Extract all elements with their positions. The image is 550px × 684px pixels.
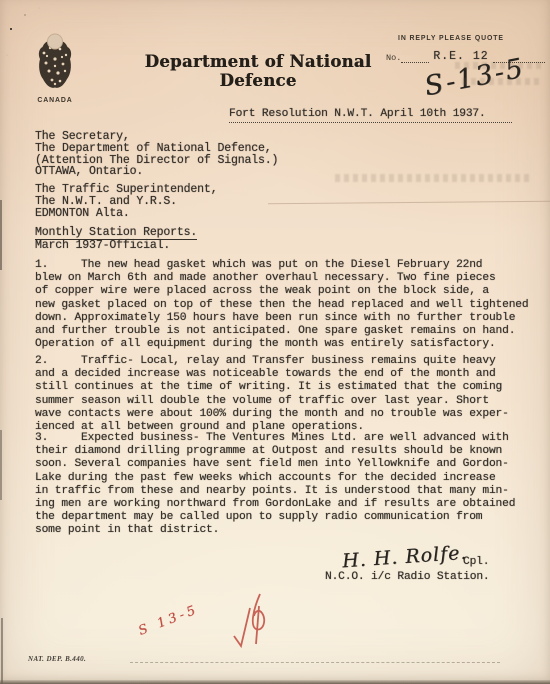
paragraph-2: 2. Traffic- Local, relay and Transfer bu… <box>35 355 509 434</box>
signature-title: N.C.O. i/c Radio Station. <box>325 571 489 584</box>
signature-rank: Cpl. <box>463 556 489 569</box>
hole-punch <box>48 34 63 49</box>
dateline: Fort Resolution N.W.T. April 10th 1937. <box>229 108 512 123</box>
paper-specks <box>10 28 12 30</box>
red-handwritten-note: S 13-5 <box>136 602 200 639</box>
bleed-through <box>462 78 542 85</box>
red-checkmark-scribble <box>226 588 278 661</box>
bleed-through <box>335 174 530 182</box>
paragraph-3: 3. Expected business- The Ventures Mines… <box>35 432 515 538</box>
signature-script: H. H. Rolfe. <box>341 542 468 573</box>
crest-caption: CANADA <box>32 97 78 104</box>
subject-subline: March 1937-Official. <box>35 240 170 252</box>
footer-rule <box>130 661 500 663</box>
canada-coat-of-arms <box>36 33 74 102</box>
form-number: NAT. DEP. B.440. <box>28 655 86 663</box>
department-title: Department of National Defence <box>138 52 378 90</box>
paragraph-1: 1. The new head gasket which was put on … <box>35 259 528 351</box>
paper-edge-marks <box>0 200 2 270</box>
dotted-leader <box>401 52 429 63</box>
letter-page: CANADA Department of National Defence IN… <box>0 0 550 684</box>
recipient-primary: The Secretary, The Department of Nationa… <box>35 131 278 178</box>
recipient-secondary: The Traffic Superintendent, The N.W.T. a… <box>35 184 217 219</box>
paper-bottom-edge <box>0 680 550 684</box>
no-label: No. <box>386 53 401 63</box>
paper-crease <box>268 201 550 204</box>
reply-quote-label: IN REPLY PLEASE QUOTE <box>398 35 504 42</box>
bleed-through <box>455 62 543 69</box>
